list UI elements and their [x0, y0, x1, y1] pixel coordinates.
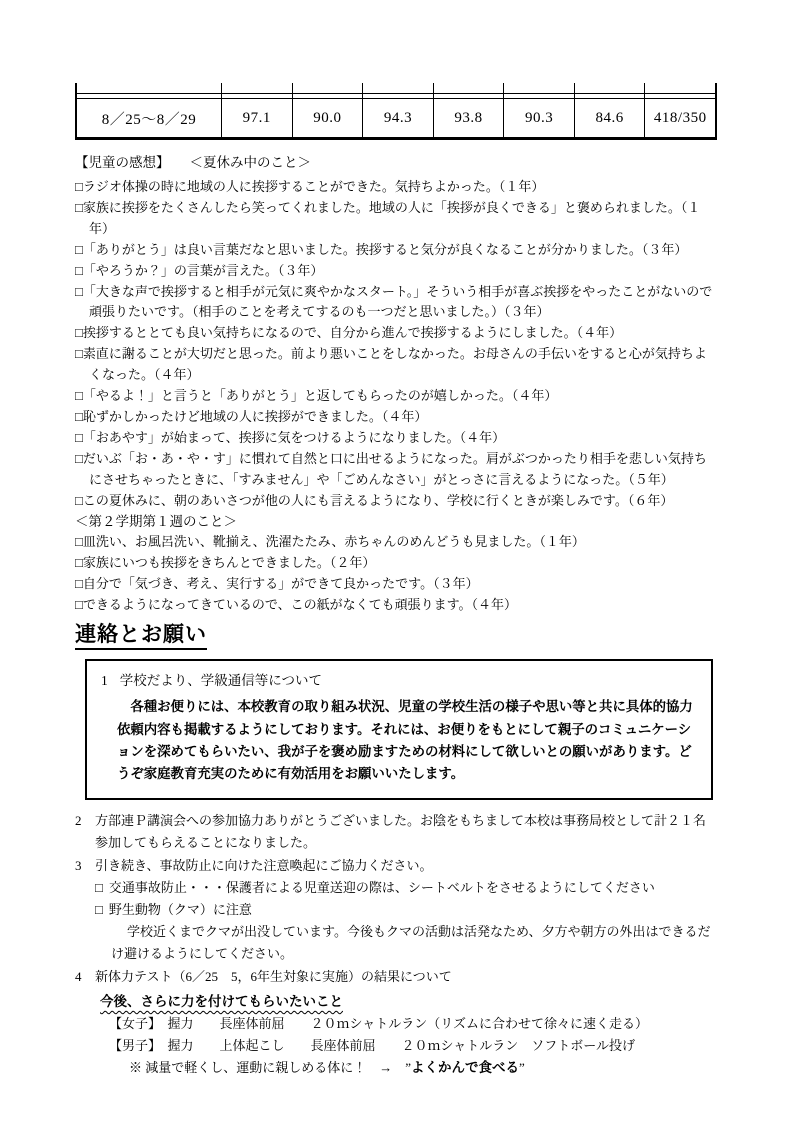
newsletter-page: 8／25～8／29 97.1 90.0 94.3 93.8 90.3 84.6 … [0, 0, 794, 1123]
notice-number: 3 [75, 855, 95, 877]
checkbox-icon: □ [75, 534, 83, 549]
checkbox-icon: □ [75, 451, 83, 466]
checkbox-icon: □ [75, 493, 83, 508]
table-stub-cell [645, 83, 715, 93]
week-feedback-title: ＜第２学期第１週のこと＞ [75, 512, 717, 533]
table-stub-cell [575, 83, 646, 93]
table-stub-cell [504, 94, 575, 98]
attendance-table: 8／25～8／29 97.1 90.0 94.3 93.8 90.3 84.6 … [75, 83, 717, 140]
notice-number: 2 [75, 810, 95, 854]
list-item-text: 「おあやす」が始まって、挨拶に気をつけるようになりました。（４年） [83, 430, 505, 445]
checkbox-icon: □ [75, 430, 83, 445]
list-item-text: 恥ずかしかったけど地域の人に挨拶ができました。（４年） [83, 409, 428, 424]
checkbox-icon: □ [75, 263, 83, 278]
list-item-text: 皿洗い、お風呂洗い、靴揃え、洗濯たたみ、赤ちゃんのめんどうも見ました。（１年） [83, 534, 585, 549]
list-item: □「やるよ！」と言うと「ありがとう」と返してもらったのが嬉しかった。（４年） [75, 386, 717, 407]
checkbox-icon: □ [75, 388, 83, 403]
list-item-text: だいぶ「お・あ・や・す」に慣れて自然と口に出せるようになった。肩がぶつかったり相… [83, 451, 707, 487]
checkbox-icon: □ [95, 880, 103, 895]
notice-box-body: 各種お便りには、本校教育の取り組み状況、児童の学校生活の様子や思い等と共に具体的… [117, 696, 695, 786]
list-item: □挨拶するととても良い気持ちになるので、自分から進んで挨拶するようにしました。（… [75, 323, 717, 344]
notice-text: 方部連Ｐ講演会への参加協力ありがとうございました。お陰をもちまして本校は事務局校… [95, 810, 717, 854]
table-cutoff-row [77, 83, 715, 94]
notice-text: 引き続き、事故防止に向けた注意喚起にご協力ください。 [95, 855, 717, 877]
table-stub-cell [293, 94, 364, 98]
checkbox-icon: □ [75, 555, 83, 570]
feedback-subtitle: ＜夏休み中のこと＞ [190, 155, 312, 170]
list-item-text: 「やろうか？」の言葉が言えた。（３年） [83, 263, 324, 278]
wildlife-subitem: □野生動物（クマ）に注意 [95, 899, 717, 921]
fitness-girls-line: 【女子】 握力 長座体前屈 ２０ｍシャトルラン（リズムに合わせて徐々に速く走る） [109, 1013, 717, 1035]
checkbox-icon: □ [75, 200, 83, 215]
table-stub-cell [645, 94, 715, 98]
list-item: □この夏休みに、朝のあいさつが他の人にも言えるようになり、学校に行くときが楽しみ… [75, 491, 717, 512]
notice-box-title: 1学校だより、学級通信等について [101, 670, 697, 692]
fitness-goal-wrap: 今後、さらに力を付けてもらいたいこと [75, 988, 717, 1013]
fitness-goal-heading: 今後、さらに力を付けてもらいたいこと [100, 991, 343, 1013]
notice-number: 4 [75, 966, 95, 988]
notice-item-2: 2 方部連Ｐ講演会への参加協力ありがとうございました。お陰をもちまして本校は事務… [75, 810, 717, 854]
table-stub-cell [293, 83, 364, 93]
checkbox-icon: □ [75, 576, 83, 591]
list-item: □家族に挨拶をたくさんしたら笑ってくれました。地域の人に「挨拶が良くできる」と褒… [75, 198, 717, 240]
list-item: □「ありがとう」は良い言葉だなと思いました。挨拶すると気分が良くなることが分かり… [75, 240, 717, 261]
traffic-safety-subitem: □交通事故防止・・・保護者による児童送迎の際は、シートベルトをさせるようにしてく… [95, 877, 717, 899]
list-item: □できるようになってきているので、この紙がなくても頑張ります。（４年） [75, 595, 717, 616]
table-stub-cell [575, 94, 646, 98]
fitness-note-suffix: ” [519, 1060, 525, 1075]
table-value-cell: 93.8 [434, 99, 505, 137]
bear-warning-note: 学校近くまでクマが出没しています。今後もクマの活動は活発なため、夕方や朝方の外出… [111, 921, 717, 965]
table-stub-cell [77, 83, 222, 93]
table-stub-cell [222, 83, 293, 93]
table-stub-cell [363, 94, 434, 98]
list-item: □だいぶ「お・あ・や・す」に慣れて自然と口に出せるようになった。肩がぶつかったり… [75, 449, 717, 491]
table-value-cell: 84.6 [575, 99, 646, 137]
list-item: □自分で「気づき、考え、実行する」ができて良かったです。（３年） [75, 574, 717, 595]
fitness-boys-line: 【男子】 握力 上体起こし 長座体前屈 ２０ｍシャトルラン ソフトボール投げ [109, 1035, 717, 1057]
list-item-text: 「やるよ！」と言うと「ありがとう」と返してもらったのが嬉しかった。（４年） [83, 388, 558, 403]
list-item: □皿洗い、お風呂洗い、靴揃え、洗濯たたみ、赤ちゃんのめんどうも見ました。（１年） [75, 532, 717, 553]
table-stub-cell [363, 83, 434, 93]
table-stub-cell [504, 83, 575, 93]
notice-text: 新体力テスト（6／25 5，6年生対象に実施）の結果について [95, 966, 717, 988]
fitness-note: ※ 減量で軽くし、運動に親しめる体に！ → ”よくかんで食べる” [129, 1057, 717, 1079]
notice-title-text: 学校だより、学級通信等について [120, 673, 322, 688]
notice-item-3: 3 引き続き、事故防止に向けた注意喚起にご協力ください。 [75, 855, 717, 877]
list-item-text: 家族に挨拶をたくさんしたら笑ってくれました。地域の人に「挨拶が良くできる」と褒め… [83, 200, 701, 236]
table-value-cell: 90.3 [504, 99, 575, 137]
feedback-title: 【児童の感想】 [75, 155, 170, 170]
list-item: □「おあやす」が始まって、挨拶に気をつけるようになりました。（４年） [75, 428, 717, 449]
fitness-note-bold: よくかんで食べる [411, 1060, 519, 1075]
checkbox-icon: □ [75, 284, 83, 299]
page-content: 8／25～8／29 97.1 90.0 94.3 93.8 90.3 84.6 … [75, 83, 717, 1079]
checkbox-icon: □ [75, 409, 83, 424]
list-item: □家族にいつも挨拶をきちんとできました。（２年） [75, 553, 717, 574]
list-item: □「大きな声で挨拶すると相手が元気に爽やかなスタート。」そういう相手が喜ぶ挨拶を… [75, 282, 717, 324]
table-stub-cell [434, 94, 505, 98]
checkbox-icon: □ [75, 597, 83, 612]
feedback-heading: 【児童の感想】＜夏休み中のこと＞ [75, 152, 717, 173]
table-stub-cell [434, 83, 505, 93]
list-item-text: 素直に謝ることが大切だと思った。前より悪いことをしなかった。お母さんの手伝いをす… [83, 346, 707, 382]
list-item: □ラジオ体操の時に地域の人に挨拶することができた。気持ちよかった。（１年） [75, 177, 717, 198]
list-item: □恥ずかしかったけど地域の人に挨拶ができました。（４年） [75, 407, 717, 428]
table-row: 8／25～8／29 97.1 90.0 94.3 93.8 90.3 84.6 … [77, 99, 715, 137]
table-value-cell: 90.0 [293, 99, 364, 137]
subitem-text: 野生動物（クマ）に注意 [109, 902, 252, 917]
notice-item-4: 4 新体力テスト（6／25 5，6年生対象に実施）の結果について [75, 966, 717, 988]
table-stub-cell [77, 94, 222, 98]
table-value-cell: 97.1 [222, 99, 293, 137]
checkbox-icon: □ [75, 325, 83, 340]
list-item-text: 挨拶するととても良い気持ちになるので、自分から進んで挨拶するようにしました。（４… [83, 325, 622, 340]
table-stub-cell [222, 94, 293, 98]
list-item-text: 自分で「気づき、考え、実行する」ができて良かったです。（３年） [83, 576, 479, 591]
fitness-note-prefix: ※ 減量で軽くし、運動に親しめる体に！ → ” [129, 1060, 411, 1075]
notices-section: 連絡とお願い [75, 623, 717, 650]
checkbox-icon: □ [75, 346, 83, 361]
list-item-text: できるようになってきているので、この紙がなくても頑張ります。（４年） [83, 597, 517, 612]
list-item-text: この夏休みに、朝のあいさつが他の人にも言えるようになり、学校に行くときが楽しみで… [83, 493, 673, 508]
summer-feedback-list: □ラジオ体操の時に地域の人に挨拶することができた。気持ちよかった。（１年） □家… [75, 177, 717, 616]
notice-box: 1学校だより、学級通信等について 各種お便りには、本校教育の取り組み状況、児童の… [85, 659, 713, 800]
checkbox-icon: □ [75, 179, 83, 194]
list-item: □素直に謝ることが大切だと思った。前より悪いことをしなかった。お母さんの手伝いを… [75, 344, 717, 386]
checkbox-icon: □ [75, 242, 83, 257]
table-value-cell: 94.3 [363, 99, 434, 137]
notice-number: 1 [101, 673, 108, 688]
date-range-cell: 8／25～8／29 [77, 99, 222, 137]
list-item-text: 家族にいつも挨拶をきちんとできました。（２年） [83, 555, 376, 570]
list-item: □「やろうか？」の言葉が言えた。（３年） [75, 261, 717, 282]
section-heading: 連絡とお願い [75, 623, 207, 650]
table-value-cell: 418/350 [645, 99, 715, 137]
list-item-text: 「ありがとう」は良い言葉だなと思いました。挨拶すると気分が良くなることが分かりま… [83, 242, 688, 257]
subitem-text: 交通事故防止・・・保護者による児童送迎の際は、シートベルトをさせるようにしてくだ… [109, 880, 655, 895]
list-item-text: ラジオ体操の時に地域の人に挨拶することができた。気持ちよかった。（１年） [83, 179, 545, 194]
list-item-text: 「大きな声で挨拶すると相手が元気に爽やかなスタート。」そういう相手が喜ぶ挨拶をや… [83, 284, 712, 320]
checkbox-icon: □ [95, 902, 103, 917]
